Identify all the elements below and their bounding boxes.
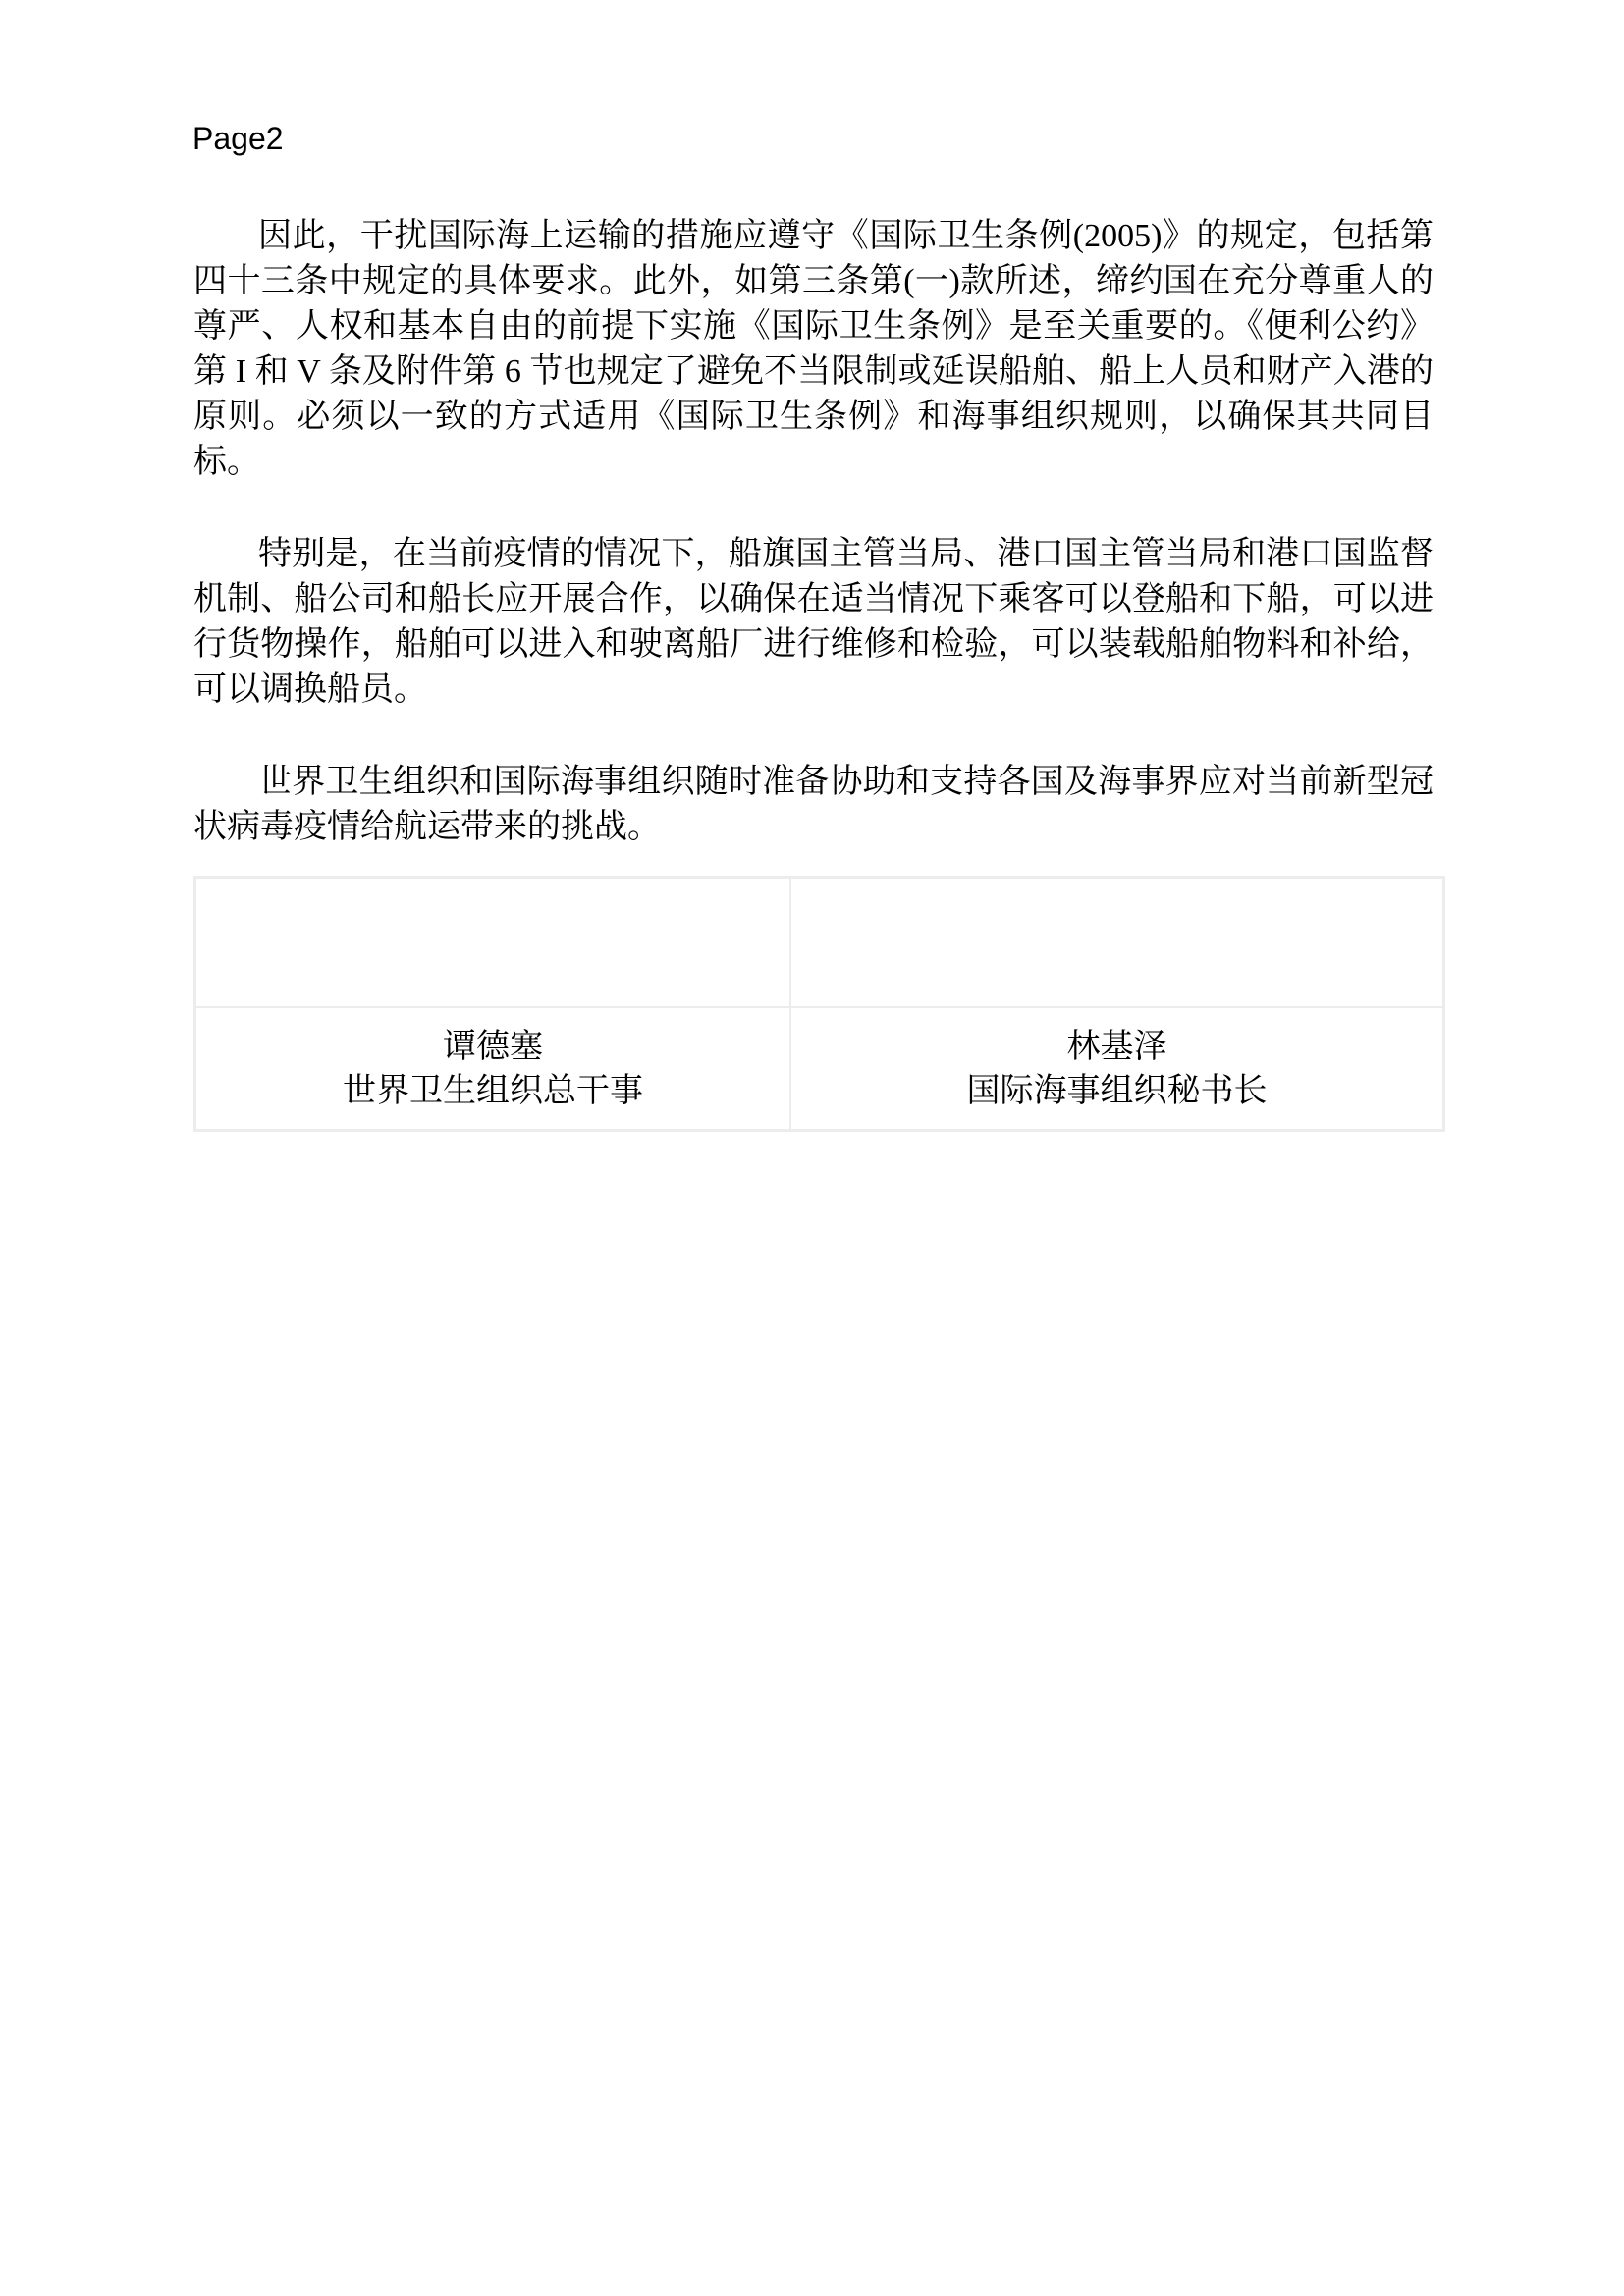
signatory-imo-name: 林基泽: [1067, 1025, 1167, 1069]
page-number-label: Page2: [192, 120, 284, 157]
paragraph-measures-ihr: 因此，干扰国际海上运输的措施应遵守《国际卫生条例(2005)》的规定，包括第四十…: [193, 214, 1434, 485]
signatory-imo: 林基泽 国际海事组织秘书长: [790, 1007, 1443, 1130]
signatory-who: 谭德塞 世界卫生组织总干事: [195, 1007, 790, 1130]
document-body: 因此，干扰国际海上运输的措施应遵守《国际卫生条例(2005)》的规定，包括第四十…: [193, 214, 1434, 897]
paragraph-who-imo-support: 世界卫生组织和国际海事组织随时准备协助和支持各国及海事界应对当前新型冠状病毒疫情…: [193, 760, 1434, 850]
signature-space-who: [195, 878, 790, 1007]
signature-space-imo: [790, 878, 1443, 1007]
signature-table: 谭德塞 世界卫生组织总干事 林基泽 国际海事组织秘书长: [193, 876, 1445, 1132]
document-page: Page2 因此，干扰国际海上运输的措施应遵守《国际卫生条例(2005)》的规定…: [0, 0, 1624, 2296]
paragraph-cooperation: 特别是，在当前疫情的情况下，船旗国主管当局、港口国主管当局和港口国监督机制、船公…: [193, 532, 1434, 713]
signatory-who-title: 世界卫生组织总干事: [343, 1069, 643, 1113]
signatory-who-name: 谭德塞: [443, 1025, 543, 1069]
signatory-imo-title: 国际海事组织秘书长: [967, 1069, 1268, 1113]
